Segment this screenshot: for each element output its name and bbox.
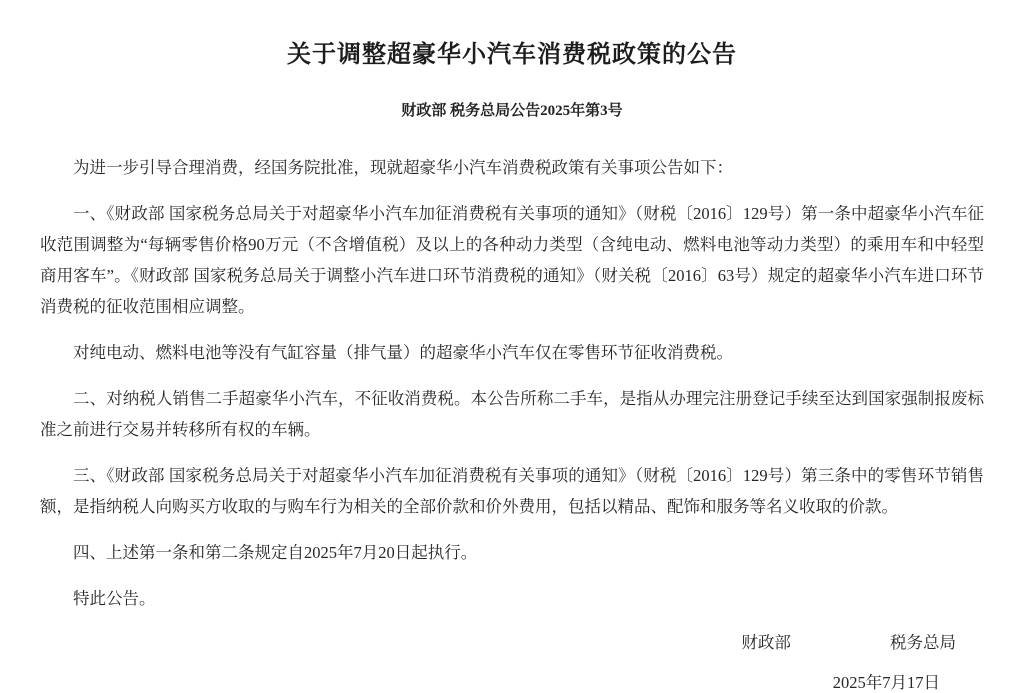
document-number: 财政部 税务总局公告2025年第3号: [40, 99, 984, 120]
document-title: 关于调整超豪华小汽车消费税政策的公告: [40, 34, 984, 69]
signature-line: 财政部 税务总局: [40, 629, 984, 653]
document-body: 为进一步引导合理消费，经国务院批准，现就超豪华小汽车消费税政策有关事项公告如下：…: [40, 152, 984, 614]
announcement-document: 关于调整超豪华小汽车消费税政策的公告 财政部 税务总局公告2025年第3号 为进…: [0, 0, 1024, 693]
paragraph-item-2: 二、对纳税人销售二手超豪华小汽车，不征收消费税。本公告所称二手车，是指从办理完注…: [40, 383, 984, 445]
paragraph-intro: 为进一步引导合理消费，经国务院批准，现就超豪华小汽车消费税政策有关事项公告如下：: [40, 152, 984, 183]
document-date: 2025年7月17日: [40, 669, 984, 693]
paragraph-item-1-supplement: 对纯电动、燃料电池等没有气缸容量（排气量）的超豪华小汽车仅在零售环节征收消费税。: [40, 337, 984, 368]
paragraph-item-1: 一、《财政部 国家税务总局关于对超豪华小汽车加征消费税有关事项的通知》（财税〔2…: [40, 198, 984, 322]
signer-tax-administration: 税务总局: [890, 633, 956, 652]
paragraph-closing: 特此公告。: [40, 583, 984, 614]
paragraph-item-4: 四、上述第一条和第二条规定自2025年7月20日起执行。: [40, 537, 984, 568]
paragraph-item-3: 三、《财政部 国家税务总局关于对超豪华小汽车加征消费税有关事项的通知》（财税〔2…: [40, 460, 984, 522]
signer-ministry-of-finance: 财政部: [741, 633, 791, 652]
